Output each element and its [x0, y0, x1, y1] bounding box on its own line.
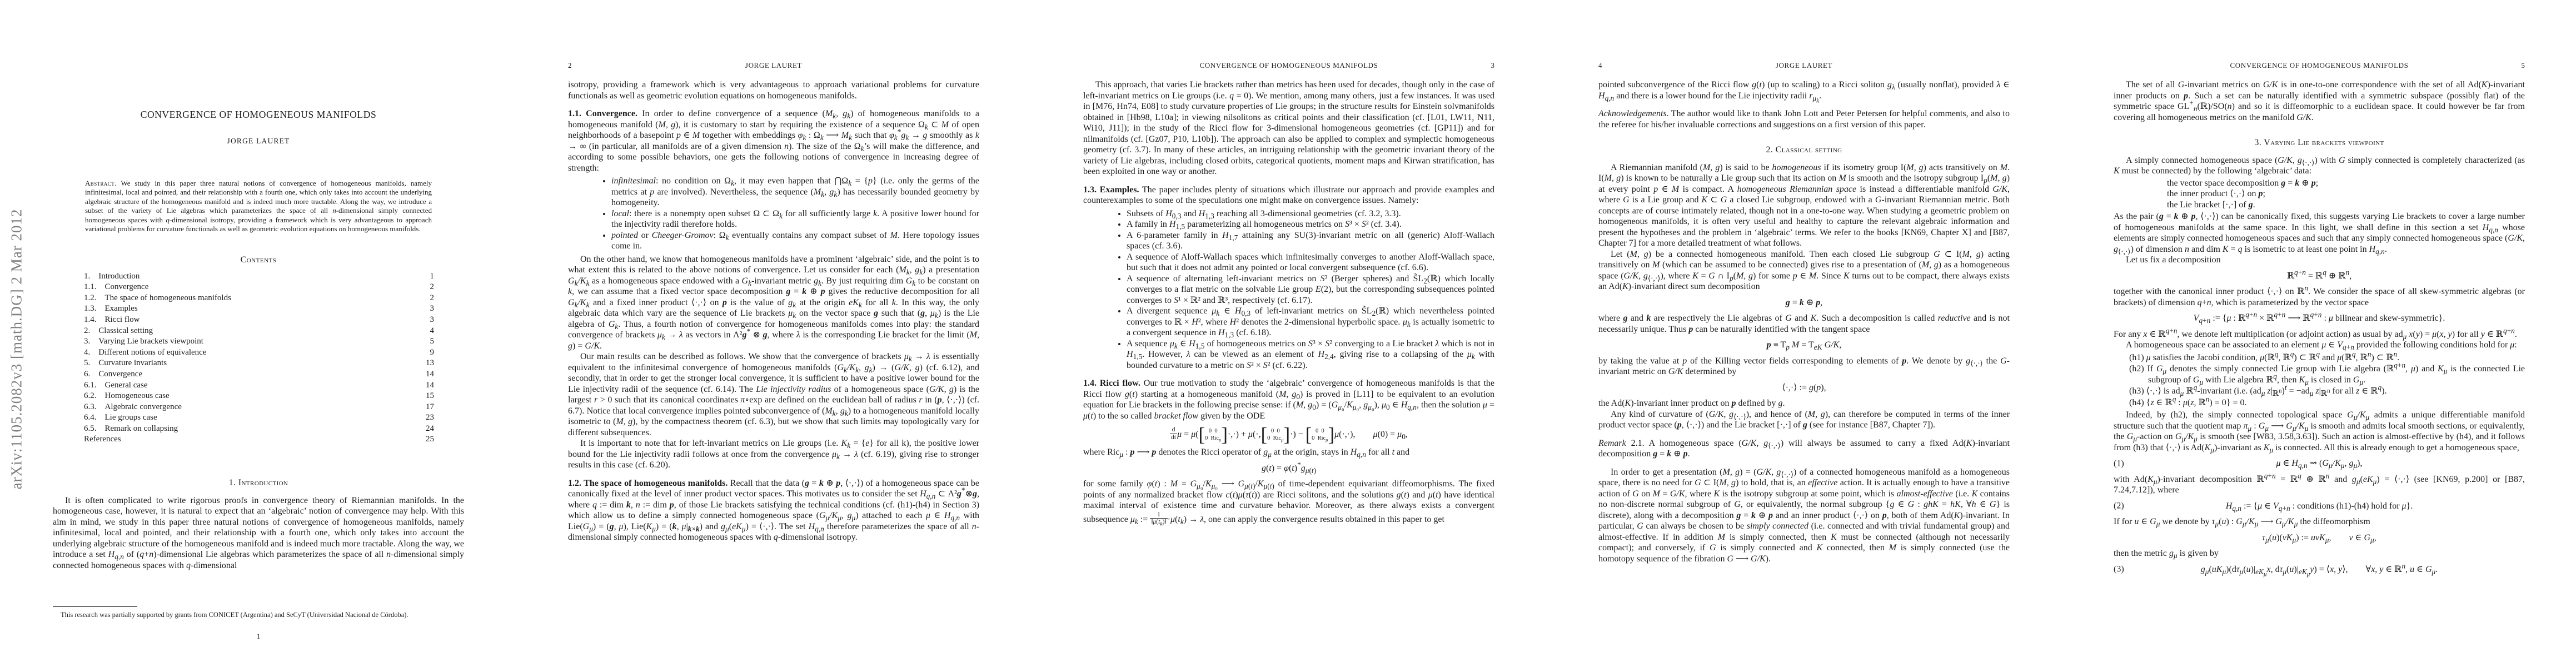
toc-label: 6.4. Lie groups case	[84, 412, 157, 424]
paragraph: A Riemannian manifold (M, g) is said to …	[1598, 162, 2010, 249]
toc-label: 6.3. Algebraic convergence	[84, 402, 182, 413]
paragraph: by taking the value at p of the Killing …	[1598, 356, 2010, 377]
toc-page: 15	[426, 391, 434, 402]
paragraph-subsection: 1.3. Examples. The paper includes plenty…	[1083, 185, 1494, 206]
condition-item: (h4) {z ∈ ℝq : μ(z, ℝn) = 0} = 0.	[2114, 397, 2525, 409]
paragraph: It is important to note that for left-in…	[568, 438, 979, 471]
running-head-title: CONVERGENCE OF HOMOGENEOUS MANIFOLDS	[1117, 61, 1461, 70]
toc-page: 3	[430, 315, 435, 326]
footnote: This research was partially supported by…	[53, 606, 464, 619]
paragraph: If for u ∈ Gμ we denote by τμ(u) : Gμ/Kμ…	[2114, 516, 2525, 527]
equation-body: g = k ⊕ p,	[1786, 298, 1822, 307]
display-equation: g = k ⊕ p,	[1598, 297, 2010, 308]
paragraph: Let us fix a decomposition	[2114, 255, 2525, 266]
toc-page: 24	[426, 424, 434, 435]
toc-row: 6.5. Remark on collapsing24	[84, 424, 434, 435]
equation-body: ⟨·,·⟩ := g(p),	[1782, 383, 1826, 392]
section-heading: 3. Varying Lie brackets viewpoint	[2114, 137, 2525, 148]
running-header: CONVERGENCE OF HOMOGENEOUS MANIFOLDS3	[1083, 61, 1494, 70]
toc-label: 6.2. Homogeneous case	[84, 391, 170, 402]
data-line: the vector space decomposition g = k ⊕ p…	[2114, 178, 2525, 189]
bullet-item: pointed or Cheeger-Gromov: Ωk eventually…	[611, 230, 979, 252]
page-body: This approach, that varies Lie brackets …	[1083, 79, 1494, 667]
toc-page: 23	[426, 412, 434, 424]
page-number: 1	[53, 631, 464, 642]
display-equation: p ≡ Tp M = TeK G/K,	[1598, 340, 2010, 351]
paragraph: Indeed, by (h2), the simply connected to…	[2114, 410, 2525, 453]
paragraph: A simply connected homogeneous space (G/…	[2114, 155, 2525, 177]
display-equation: ddtμ = μ([0 00 Ricμ]·,·) + μ(·,[0 00 Ric…	[1083, 426, 1494, 442]
display-equation: ⟨·,·⟩ := g(p),	[1598, 382, 2010, 394]
header-page-number-right: 3	[1461, 61, 1494, 70]
paragraph: Let (M, g) be a connected homogeneous ma…	[1598, 249, 2010, 292]
toc-page: 4	[430, 326, 435, 337]
paragraph: pointed subconvergence of the Ricci flow…	[1598, 79, 2010, 101]
toc-label: 1. Introduction	[84, 271, 139, 282]
toc-row: 6.4. Lie groups case23	[84, 412, 434, 424]
condition-list: (h1) μ satisfies the Jacobi condition, μ…	[2114, 352, 2525, 409]
bullet-item: A sequence of alternating left-invariant…	[1127, 273, 1494, 306]
paragraph: A homogeneous space can be associated to…	[2114, 340, 2525, 351]
toc-page: 25	[426, 434, 434, 445]
equation-body: gμ(uKμ)(dτμ(u)|eKμx, dτμ(u)|eKμy) = ⟨x, …	[2201, 565, 2438, 574]
condition-item: (h2) If Gμ denotes the simply connected …	[2114, 364, 2525, 385]
toc-label: 1.2. The space of homogeneous manifolds	[84, 293, 231, 304]
paragraph: Any kind of curvature of (G/K, g⟨·,·⟩), …	[1598, 409, 2010, 431]
toc-row: References25	[84, 434, 434, 445]
table-of-contents: 1. Introduction11.1. Convergence21.2. Th…	[84, 271, 434, 446]
equation-body: ℝq+n = ℝq ⊕ ℝn,	[2287, 271, 2352, 281]
paragraph: then the metric gμ is given by	[2114, 548, 2525, 559]
paragraph: For any x ∈ ℝq+n, we denote left multipl…	[2114, 329, 2525, 340]
toc-row: 4. Different notions of equivalence9	[84, 347, 434, 359]
paragraph: The set of all G-invariant metrics on G/…	[2114, 79, 2525, 123]
paragraph: the Ad(K)-invariant inner product on p d…	[1598, 398, 2010, 409]
bullet-item: A sequence of Aloff-Wallach spaces which…	[1127, 252, 1494, 273]
toc-row: 5. Curvature invariants13	[84, 358, 434, 369]
paragraph-subsection: 1.2. The space of homogeneous manifolds.…	[568, 478, 979, 543]
contents-heading: Contents	[53, 255, 464, 266]
toc-label: 6.5. Remark on collapsing	[84, 424, 178, 435]
page-5: CONVERGENCE OF HOMOGENEOUS MANIFOLDS5The…	[2061, 0, 2576, 667]
paragraph: for some family φ(t) : M = Gμ₀/Kμ₀ ⟶ Gμ(…	[1083, 479, 1494, 526]
paragraph-subsection: 1.1. Convergence. In order to define con…	[568, 108, 979, 173]
equation-tag: (1)	[2114, 458, 2124, 469]
paragraph: It is often complicated to write rigorou…	[53, 495, 464, 571]
bullet-item: A sequence μk ∈ H1,5 of homogeneous metr…	[1127, 339, 1494, 371]
running-head-title: JORGE LAURET	[601, 61, 946, 70]
bullet-item: local: there is a nonempty open subset Ω…	[611, 208, 979, 230]
display-equation: (3)gμ(uKμ)(dτμ(u)|eKμx, dτμ(u)|eKμy) = ⟨…	[2114, 564, 2525, 575]
paragraph-subsection: 1.4. Ricci flow. Our true motivation to …	[1083, 378, 1494, 421]
paragraph: together with the canonical inner produc…	[2114, 286, 2525, 308]
data-list: the vector space decomposition g = k ⊕ p…	[2114, 178, 2525, 211]
display-equation: Vq+n := {μ : ℝq+n × ℝq+n ⟶ ℝq+n : μ bili…	[2114, 313, 2525, 324]
paragraph: In order to get a presentation (M, g) = …	[1598, 467, 2010, 565]
toc-label: 1.1. Convergence	[84, 282, 148, 293]
display-equation: τμ(u)(vKμ) := uvKμ, v ∈ Gμ,	[2114, 532, 2525, 544]
abstract: Abstract. We study in this paper three n…	[85, 179, 432, 235]
page-2: 2JORGE LAURETisotropy, providing a frame…	[515, 0, 1030, 667]
equation-tag: (2)	[2114, 501, 2124, 512]
page-body: isotropy, providing a framework which is…	[568, 79, 979, 667]
equation-body: g(t) = φ(t)*gμ(t)	[1262, 464, 1316, 473]
running-header: 4JORGE LAURET	[1598, 61, 2010, 70]
toc-row: 1.4. Ricci flow3	[84, 315, 434, 326]
toc-label: 6.1. General case	[84, 380, 148, 391]
toc-row: 1.1. Convergence2	[84, 282, 434, 293]
bullet-list: Subsets of H0,3 and H1,3 reaching all 3-…	[1083, 208, 1494, 371]
bullet-item: A divergent sequence μk ∈ H0,3 of left-i…	[1127, 306, 1494, 339]
paragraph-acknowledgements: Acknowledgements. The author would like …	[1598, 108, 2010, 130]
paper-title: CONVERGENCE OF HOMOGENEOUS MANIFOLDS	[53, 108, 464, 121]
page-body: CONVERGENCE OF HOMOGENEOUS MANIFOLDSJORG…	[53, 79, 464, 667]
running-head-title: JORGE LAURET	[1632, 61, 1976, 70]
header-page-number-right: 5	[2492, 61, 2525, 70]
data-line: the inner product ⟨·,·⟩ on p;	[2114, 188, 2525, 200]
display-equation: (2)Hq,n := {μ ∈ Vq+n : conditions (h1)-(…	[2114, 501, 2525, 512]
paragraph: where g and k are respectively the Lie a…	[1598, 313, 2010, 335]
toc-page: 5	[430, 336, 435, 347]
toc-row: 6.3. Algebraic convergence17	[84, 402, 434, 413]
equation-body: p ≡ Tp M = TeK G/K,	[1767, 340, 1842, 350]
running-header: CONVERGENCE OF HOMOGENEOUS MANIFOLDS5	[2114, 61, 2525, 70]
header-page-number-left: 2	[568, 61, 601, 70]
toc-page: 14	[426, 380, 434, 391]
equation-body: ddtμ = μ([0 00 Ricμ]·,·) + μ(·,[0 00 Ric…	[1170, 430, 1408, 439]
section-heading: 2. Classical setting	[1598, 145, 2010, 156]
condition-item: (h1) μ satisfies the Jacobi condition, μ…	[2114, 352, 2525, 364]
data-line: the Lie bracket [·,·] of g.	[2114, 200, 2525, 211]
toc-row: 6. Convergence14	[84, 369, 434, 380]
paragraph: Our main results can be described as fol…	[568, 351, 979, 438]
paragraph: As the pair (g = k ⊕ p, ⟨·,·⟩) can be ca…	[2114, 211, 2525, 255]
page-body: pointed subconvergence of the Ricci flow…	[1598, 79, 2010, 667]
toc-page: 2	[430, 282, 435, 293]
toc-label: 1.3. Examples	[84, 303, 138, 315]
toc-label: 6. Convergence	[84, 369, 142, 380]
footnote-text: This research was partially supported by…	[53, 610, 464, 619]
footnote-rule	[53, 606, 137, 607]
paragraph-remark: Remark 2.1. A homogeneous space (G/K, g⟨…	[1598, 438, 2010, 460]
toc-row: 1.2. The space of homogeneous manifolds2	[84, 293, 434, 304]
toc-row: 3. Varying Lie brackets viewpoint5	[84, 336, 434, 347]
paragraph: On the other hand, we know that homogene…	[568, 254, 979, 352]
toc-label: References	[84, 434, 121, 445]
author: JORGE LAURET	[53, 136, 464, 147]
toc-label: 2. Classical setting	[84, 326, 153, 337]
toc-page: 2	[430, 293, 435, 304]
section-heading: 1. Introduction	[53, 477, 464, 489]
display-equation: ℝq+n = ℝq ⊕ ℝn,	[2114, 271, 2525, 282]
toc-label: 3. Varying Lie brackets viewpoint	[84, 336, 203, 347]
toc-row: 6.1. General case14	[84, 380, 434, 391]
toc-label: 4. Different notions of equivalence	[84, 347, 207, 359]
page-3: CONVERGENCE OF HOMOGENEOUS MANIFOLDS3Thi…	[1030, 0, 1546, 667]
display-equation: (1)μ ∈ Hq,n ⇝ (Gμ/Kμ, gμ),	[2114, 458, 2525, 469]
toc-label: 5. Curvature invariants	[84, 358, 167, 369]
header-page-number-left: 4	[1598, 61, 1632, 70]
bullet-item: infinitesimal: no condition on Ωk, it ma…	[611, 176, 979, 208]
bullet-list: infinitesimal: no condition on Ωk, it ma…	[568, 176, 979, 252]
paragraph: This approach, that varies Lie brackets …	[1083, 79, 1494, 177]
page-1: CONVERGENCE OF HOMOGENEOUS MANIFOLDSJORG…	[0, 0, 515, 667]
paragraph: where Ricμ : p ⟶ p denotes the Ricci ope…	[1083, 447, 1494, 458]
equation-body: τμ(u)(vKμ) := uvKμ, v ∈ Gμ,	[2262, 533, 2376, 542]
equation-body: Vq+n := {μ : ℝq+n × ℝq+n ⟶ ℝq+n : μ bili…	[2194, 313, 2445, 323]
toc-row: 1.3. Examples3	[84, 303, 434, 315]
toc-page: 1	[430, 271, 435, 282]
page-body: The set of all G-invariant metrics on G/…	[2114, 79, 2525, 667]
running-head-title: CONVERGENCE OF HOMOGENEOUS MANIFOLDS	[2147, 61, 2492, 70]
toc-page: 17	[426, 402, 434, 413]
toc-row: 6.2. Homogeneous case15	[84, 391, 434, 402]
equation-body: Hq,n := {μ ∈ Vq+n : conditions (h1)-(h4)…	[2226, 501, 2413, 511]
display-equation: g(t) = φ(t)*gμ(t)	[1083, 463, 1494, 474]
equation-body: μ ∈ Hq,n ⇝ (Gμ/Kμ, gμ),	[2276, 459, 2363, 468]
running-header: 2JORGE LAURET	[568, 61, 979, 70]
toc-row: 1. Introduction1	[84, 271, 434, 282]
toc-page: 3	[430, 303, 435, 315]
toc-page: 14	[426, 369, 434, 380]
bullet-item: Subsets of H0,3 and H1,3 reaching all 3-…	[1127, 208, 1494, 220]
paragraph: isotropy, providing a framework which is…	[568, 79, 979, 101]
toc-page: 13	[426, 358, 434, 369]
bullet-item: A 6-parameter family in H1,7 attaining a…	[1127, 230, 1494, 252]
toc-label: 1.4. Ricci flow	[84, 315, 139, 326]
paragraph: with Ad(Kμ)-invariant decomposition ℝq+n…	[2114, 474, 2525, 496]
bullet-item: A family in H1,5 parameterizing all homo…	[1127, 219, 1494, 230]
equation-tag: (3)	[2114, 564, 2124, 575]
toc-row: 2. Classical setting4	[84, 326, 434, 337]
toc-page: 9	[430, 347, 435, 359]
page-4: 4JORGE LAURETpointed subconvergence of t…	[1546, 0, 2061, 667]
